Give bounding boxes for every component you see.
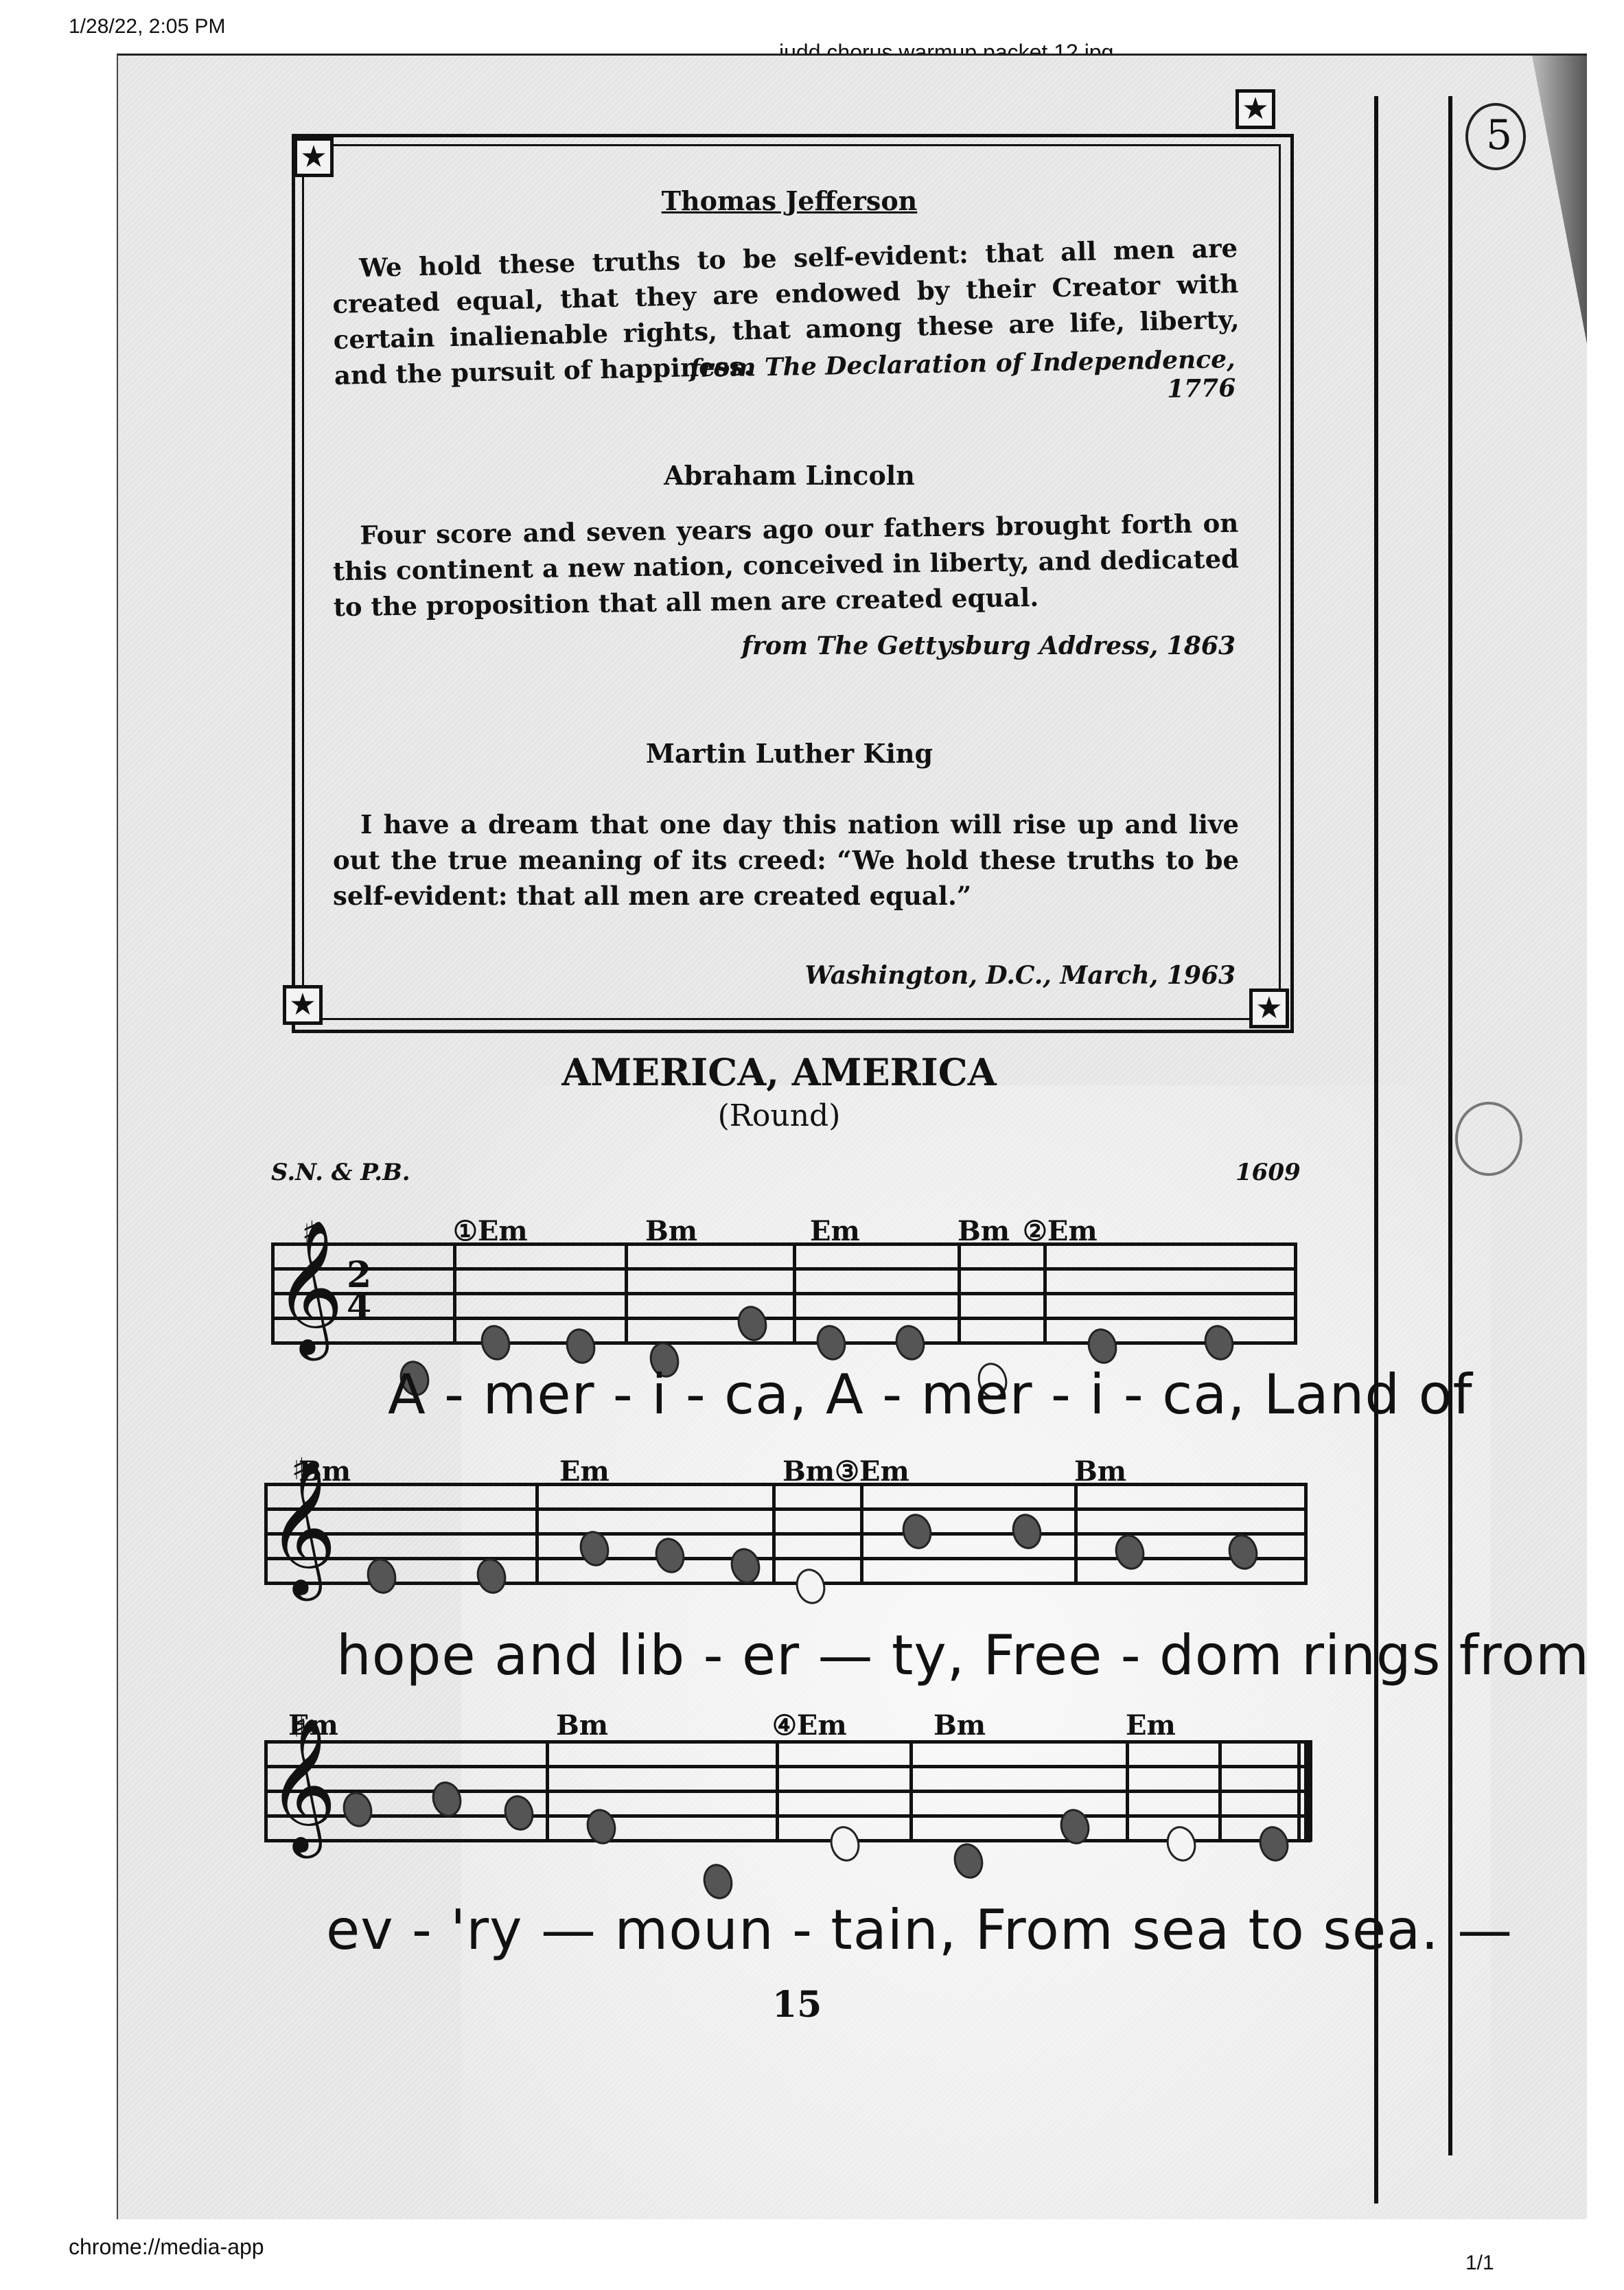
quote-author-lincoln: Abraham Lincoln — [480, 460, 1098, 491]
music-note — [1225, 1531, 1262, 1573]
music-note — [500, 1792, 537, 1834]
quote-author-jefferson: Thomas Jefferson — [480, 185, 1098, 216]
music-note — [651, 1534, 688, 1576]
music-note — [727, 1545, 764, 1586]
quote-text-lincoln: Four score and seven years ago our fathe… — [332, 505, 1240, 625]
music-note — [339, 1788, 376, 1830]
chord-label: ④Em — [772, 1709, 847, 1742]
chord-label: Bm③Em — [782, 1455, 909, 1488]
quote-source-king: Washington, D.C., March, 1963 — [618, 961, 1236, 990]
margin-number: 5 — [1486, 111, 1512, 159]
music-staff-2: 𝄞 ♯ — [264, 1483, 1308, 1586]
quote-source-jefferson: from The Declaration of Independence, 17… — [617, 345, 1236, 413]
margin-rule-1 — [1374, 96, 1378, 2204]
music-note — [898, 1510, 936, 1552]
chord-label: Em — [559, 1455, 610, 1488]
key-signature-sharp-icon: ♯ — [302, 1215, 316, 1250]
music-note — [1111, 1531, 1148, 1573]
chord-label: Bm — [645, 1215, 697, 1247]
music-note — [1008, 1510, 1045, 1552]
chord-label: ②Em — [1023, 1215, 1098, 1247]
star-icon: ★ — [1236, 89, 1275, 129]
time-signature-bottom: 4 — [347, 1291, 371, 1323]
chord-label: Bm — [556, 1709, 608, 1742]
song-credit-number: 1609 — [1236, 1159, 1301, 1186]
print-datetime: 1/28/22, 2:05 PM — [69, 15, 226, 38]
time-signature: 2 4 — [347, 1260, 371, 1323]
page-number: 15 — [772, 1984, 822, 2026]
chord-label: Bm — [299, 1455, 351, 1488]
page-corner-fold — [1532, 56, 1587, 344]
chord-label: ①Em — [453, 1215, 528, 1247]
chord-label: Bm — [933, 1709, 986, 1742]
lyrics-line-2: hope and lib - er — ty, Free - dom rings… — [336, 1623, 1590, 1687]
quote-author-king: Martin Luther King — [480, 738, 1098, 769]
star-icon: ★ — [283, 985, 323, 1025]
chord-label: Bm — [958, 1215, 1010, 1247]
lyrics-line-1: A - mer - i - ca, A - mer - i - ca, Land… — [388, 1363, 1473, 1426]
quote-source-lincoln: from The Gettysburg Address, 1863 — [618, 632, 1236, 660]
lyrics-line-3: ev - 'ry — moun - tain, From sea to sea.… — [326, 1898, 1513, 1962]
print-url: chrome://media-app — [69, 2234, 264, 2260]
music-note — [734, 1302, 771, 1344]
chord-label: Em — [1126, 1709, 1176, 1742]
star-icon: ★ — [294, 137, 334, 177]
chord-label: Em — [288, 1709, 338, 1742]
music-staff-3: 𝄞 ♯ — [264, 1740, 1311, 1843]
song-title: AMERICA, AMERICA — [0, 1050, 1558, 1094]
chord-label: Bm — [1074, 1455, 1126, 1488]
margin-number-circle: 5 — [1465, 103, 1526, 170]
star-icon: ★ — [1249, 988, 1289, 1028]
song-credit-arrangers: S.N. & P.B. — [271, 1159, 410, 1186]
quote-text-king: I have a dream that one day this nation … — [333, 807, 1239, 914]
song-subtitle: (Round) — [0, 1098, 1558, 1133]
music-staff-1: 𝄞 ♯ 2 4 — [271, 1242, 1297, 1345]
print-page-count: 1/1 — [1465, 2252, 1494, 2275]
chord-label: Em — [810, 1215, 860, 1247]
